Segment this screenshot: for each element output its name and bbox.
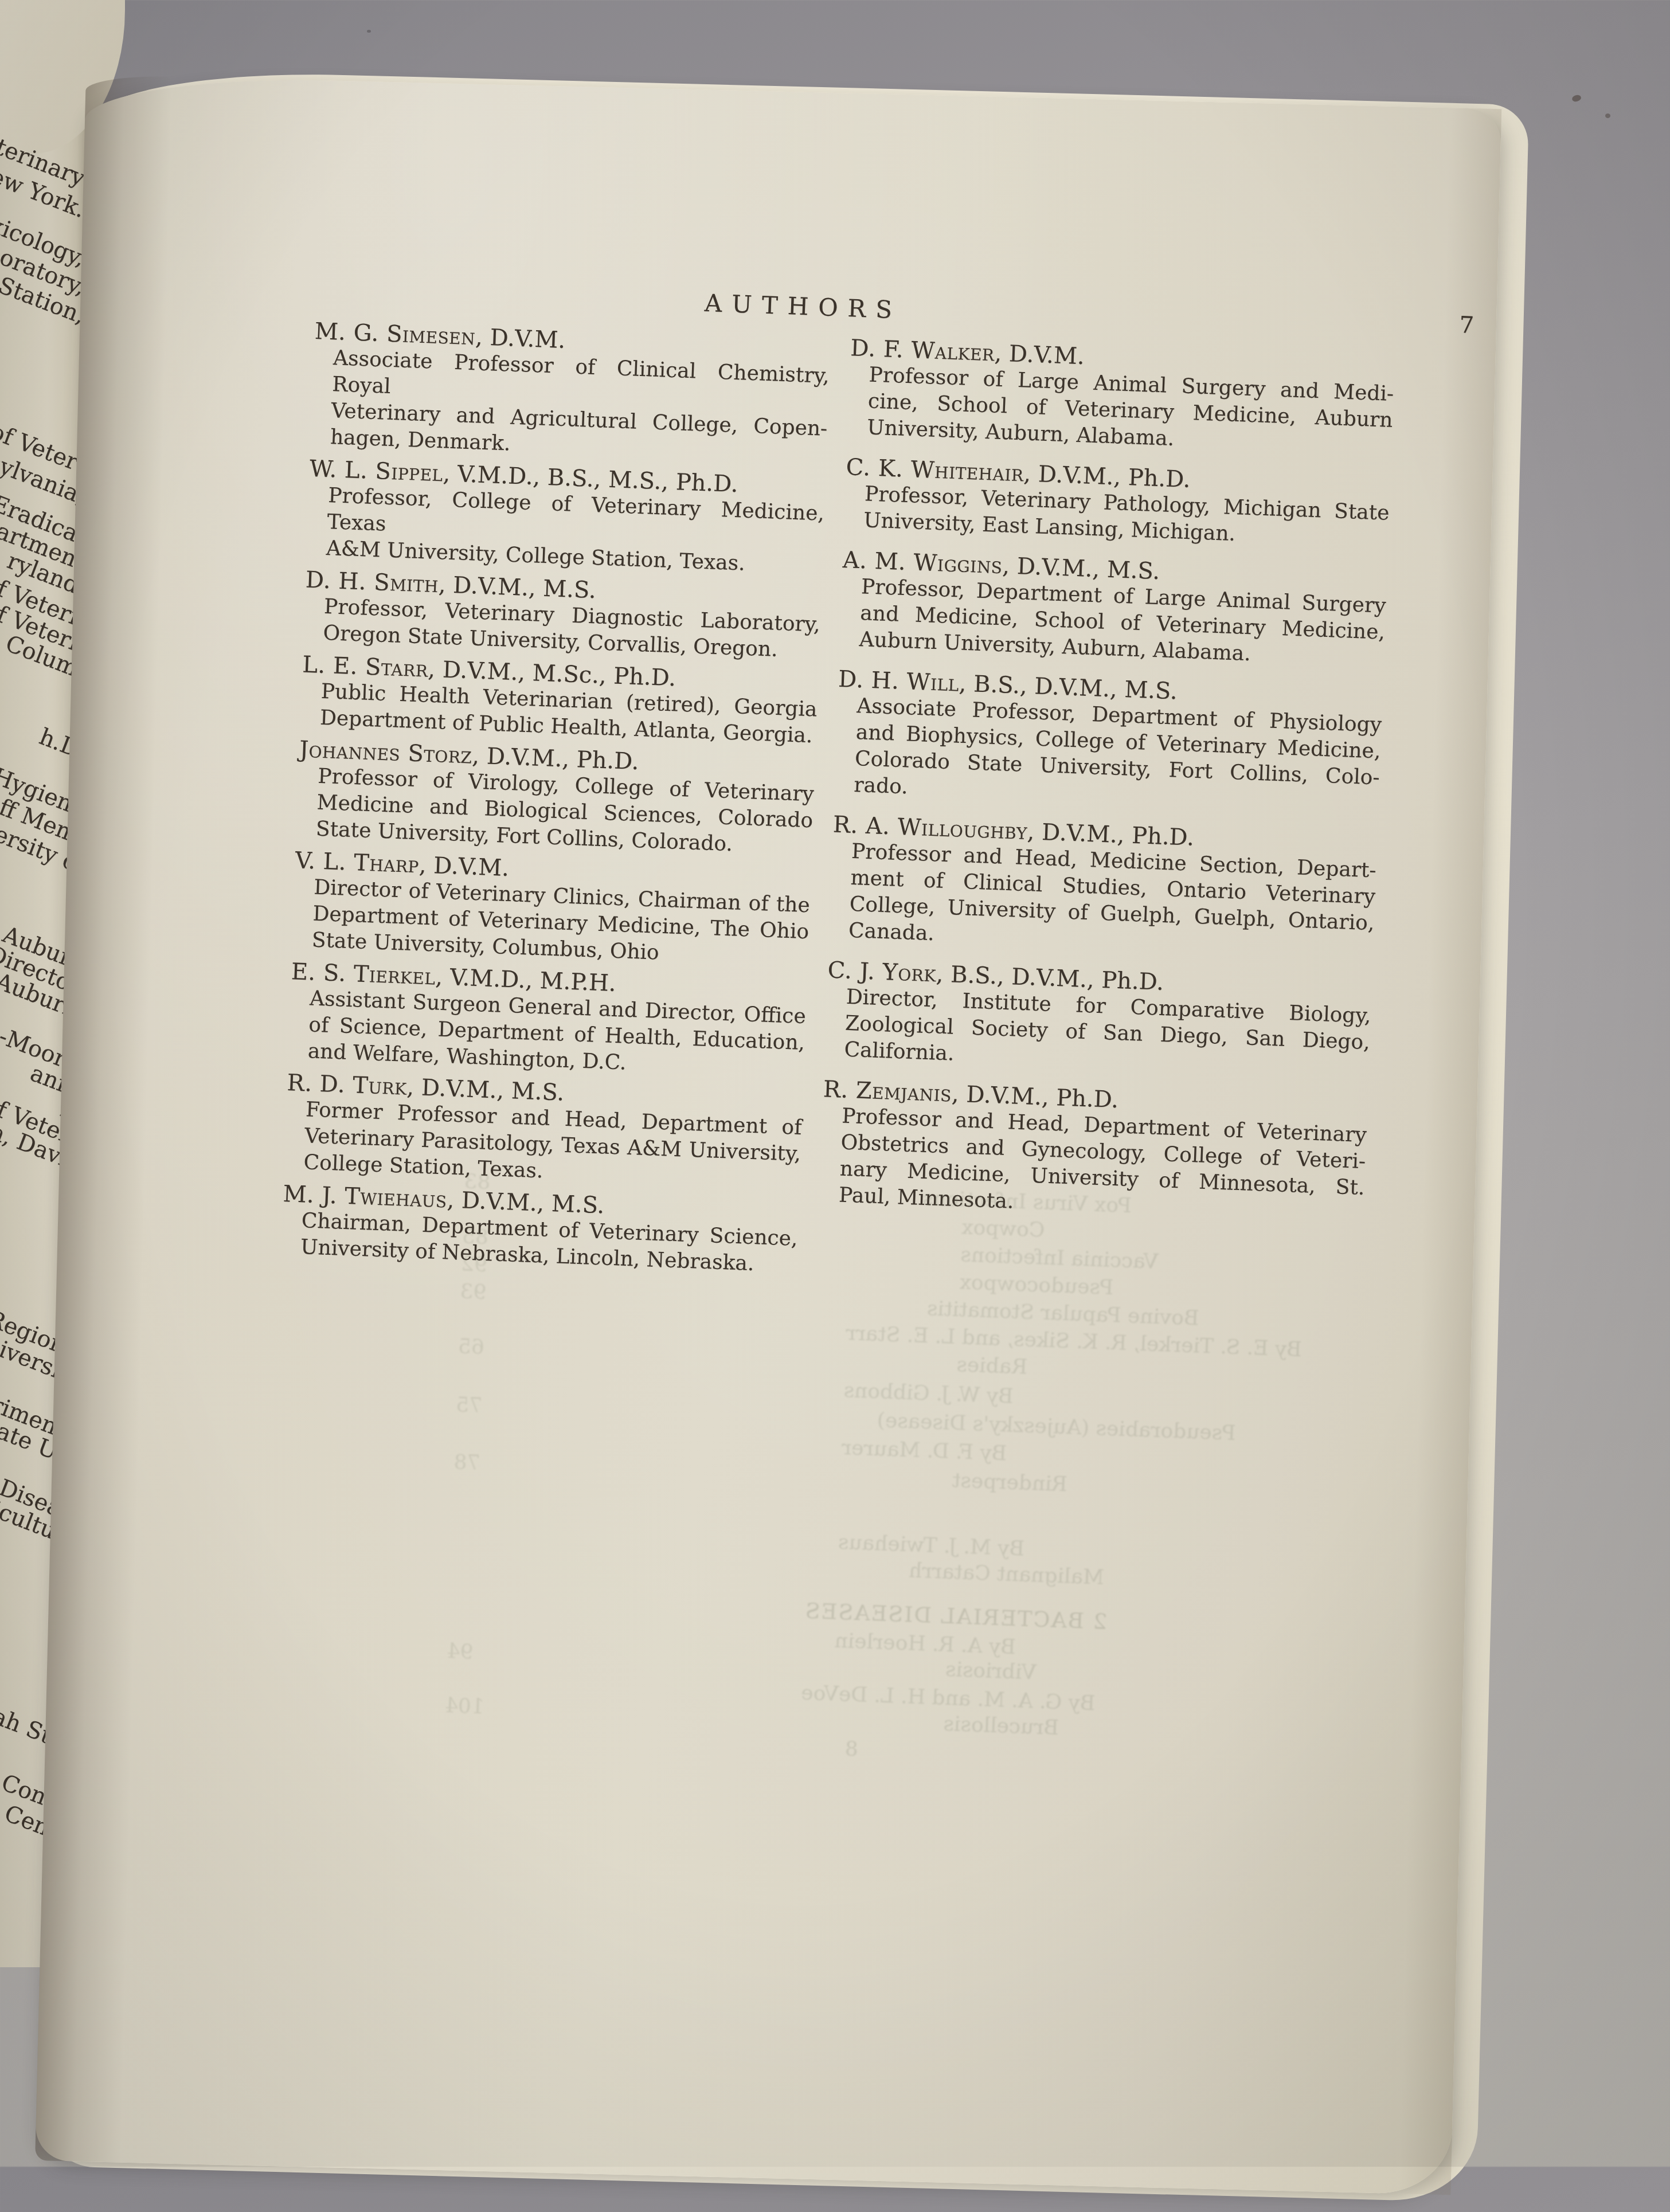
author-entry: R. Zemjanis, D.V.M., Ph.D.Professor and … [819,1076,1368,1228]
showthrough-page-number: 94 [447,1639,474,1664]
dust-speck [1605,113,1610,118]
author-entry: R. A. Willoughby, D.V.M., Ph.D.Professor… [828,812,1378,964]
showthrough-line: By M. J. Twiehaus [838,1530,1024,1561]
author-entry: C. K. Whitehair, D.V.M., Ph.D.Professor,… [844,454,1391,553]
showthrough-page-number: 65 [457,1334,484,1359]
showthrough-line: Bovine Papular Stomatitis [926,1297,1199,1330]
showthrough-line: By W. J. Gibbons [843,1379,1014,1408]
author-entry: M. J. Twiehaus, D.V.M., M.S.Chairman, De… [280,1181,799,1279]
page-number: 7 [1459,312,1475,339]
author-entry: M. G. Simesen, D.V.M.Associate Professor… [310,318,831,469]
author-entry: C. J. York, B.S., D.V.M., Ph.D.Director,… [824,957,1372,1082]
author-entry: D. F. Walker, D.V.M.Professor of Large A… [847,335,1395,460]
showthrough-line: By A. R. Hoerlein [834,1629,1016,1659]
showthrough-line: Vaccinia Infections [960,1243,1159,1274]
showthrough-line: Pseudorabies (Aujeszky's Disease) [877,1408,1236,1445]
author-entry: V. L. Tharp, D.V.M.Director of Veterinar… [292,847,811,972]
showthrough-line: 2 BACTERIAL DISEASES [804,1598,1108,1634]
author-entry: W. L. Sippel, V.M.D., B.S., M.S., Ph.D.P… [306,456,826,580]
dust-speck [1571,94,1582,103]
author-entry: L. E. Starr, D.V.M., M.Sc., Ph.D.Public … [300,652,818,750]
showthrough-line: Rinderpest [952,1469,1067,1496]
author-entry: D. H. Smith, D.V.M., M.S.Professor, Vete… [303,567,822,665]
authors-column-right: D. F. Walker, D.V.M.Professor of Large A… [819,335,1395,1242]
page-title: AUTHORS [679,288,927,325]
showthrough-line: By G. A. M. and H. L. DeVoe [801,1681,1096,1716]
author-entry: E. S. Tierkel, V.M.D., M.P.H.Assistant S… [288,958,807,1083]
showthrough-line: By F. D. Maurer [841,1436,1007,1466]
page-content: Pox Virus InfectionsCowpoxVaccinia Infec… [10,75,1501,2167]
author-entry: R. D. Turk, D.V.M., M.S.Former Professor… [284,1070,803,1194]
author-entry: Johannes Storz, D.V.M., Ph.D.Professor o… [296,736,815,860]
showthrough-line: 8 [844,1737,858,1761]
showthrough-page-number: 75 [456,1393,483,1418]
showthrough-line: Pseudocowpox [959,1270,1114,1299]
open-book-photo: k State Veterinaryhaca, New York.rinary … [0,0,1670,2167]
showthrough-line: By E. S. Tierkel, R. K. Sikes, and L. E.… [846,1321,1303,1361]
author-entry: D. H. Will, B.S., D.V.M., M.S.Associate … [834,666,1383,818]
showthrough-page-number: 78 [453,1450,480,1475]
showthrough-page-number: 93 [460,1279,487,1304]
showthrough-line: Vibriosis [945,1658,1037,1685]
showthrough-line: Malignant Catarrh [909,1559,1105,1589]
author-entry: A. M. Wiggins, D.V.M., M.S.Professor, De… [839,547,1387,672]
dust-speck [367,30,371,33]
book-photo-canvas: { "header": { "title": "AUTHORS", "page_… [0,0,1670,2167]
authors-page: Pox Virus InfectionsCowpoxVaccinia Infec… [35,75,1501,2167]
showthrough-page-number: 104 [444,1694,484,1718]
showthrough-line: Rabies [956,1353,1028,1379]
showthrough-line: Brucellosis [943,1712,1059,1740]
authors-column-left: M. G. Simesen, D.V.M.Associate Professor… [280,318,831,1285]
